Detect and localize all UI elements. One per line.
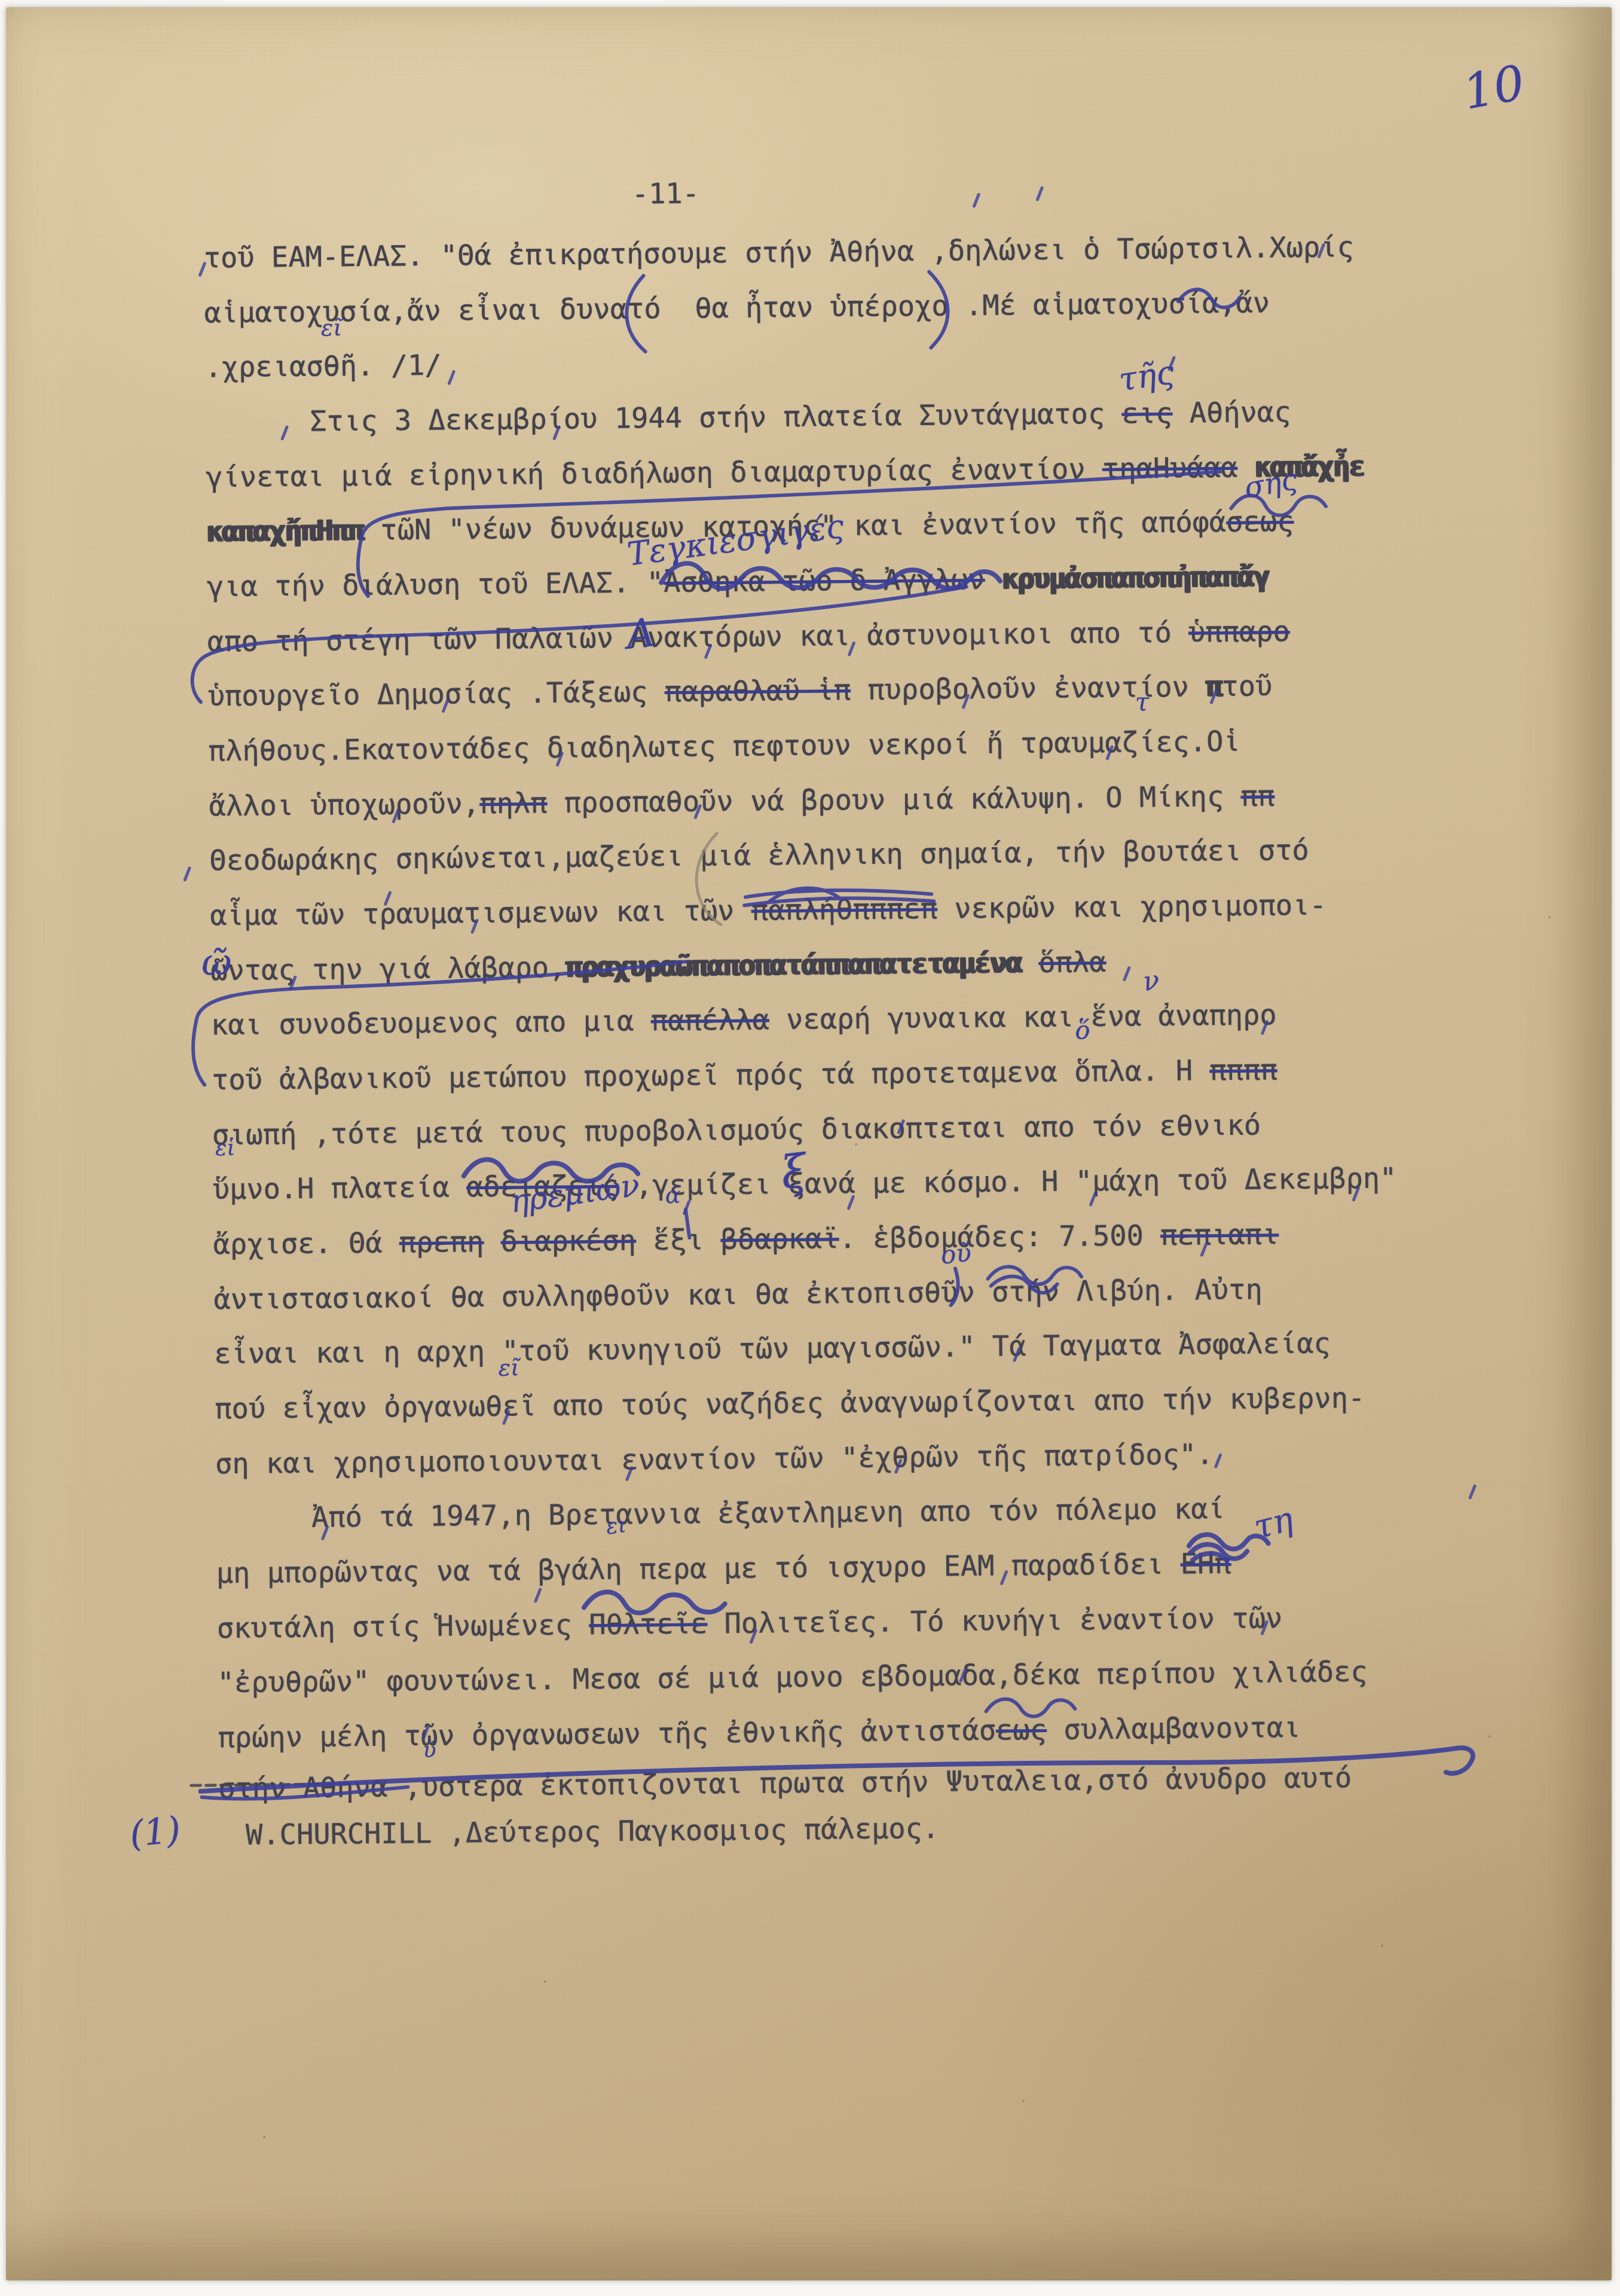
pen-loops-line26 [584, 1591, 725, 1614]
paper-speck [377, 1197, 379, 1199]
pen-sweep-bracket-2 [191, 587, 967, 702]
paper-speck [544, 1980, 546, 1983]
scanned-page-content: 10 -11- τοῦ ΕΑΜ-ΕΛΑΣ. "Θά ἐπικρατήσουμε … [0, 0, 1620, 2283]
pencil-open-paren [696, 833, 720, 925]
pen-scribble-apofa [1231, 494, 1326, 515]
paper-speck [855, 1143, 857, 1146]
paper-speck [1488, 1735, 1491, 1738]
pen-scribble-line28 [986, 1699, 1075, 1717]
paper-speck [1219, 462, 1222, 464]
pen-blot-line20 [988, 1266, 1081, 1293]
paper-speck [1022, 2100, 1025, 2102]
pen-open-paren [626, 276, 646, 352]
paper-speck [723, 312, 726, 315]
pen-marks-overlay [0, 0, 1620, 2285]
pen-sweep-bracket-3 [192, 961, 687, 1085]
paper-speck [1548, 916, 1551, 918]
pen-loops-line7 [661, 560, 1000, 591]
pen-blot-line2 [1178, 289, 1240, 308]
pen-mark-ektopisthyn [950, 1268, 958, 1305]
pen-close-paren [929, 271, 948, 347]
paper-speck [1381, 1944, 1383, 1947]
pen-loops-line18 [463, 1158, 638, 1183]
pen-separator-line [200, 1748, 1473, 1791]
paper-sheet: 10 -11- τοῦ ΕΑΜ-ΕΛΑΣ. "Θά ἐπικρατήσουμε … [6, 7, 1612, 2280]
pen-blot-line25 [1189, 1534, 1269, 1562]
paper-speck [263, 2136, 265, 2138]
pen-sweep-bracket-1 [357, 472, 1221, 596]
pen-iota-exi [686, 1210, 689, 1238]
pen-strike-line13 [744, 887, 934, 905]
